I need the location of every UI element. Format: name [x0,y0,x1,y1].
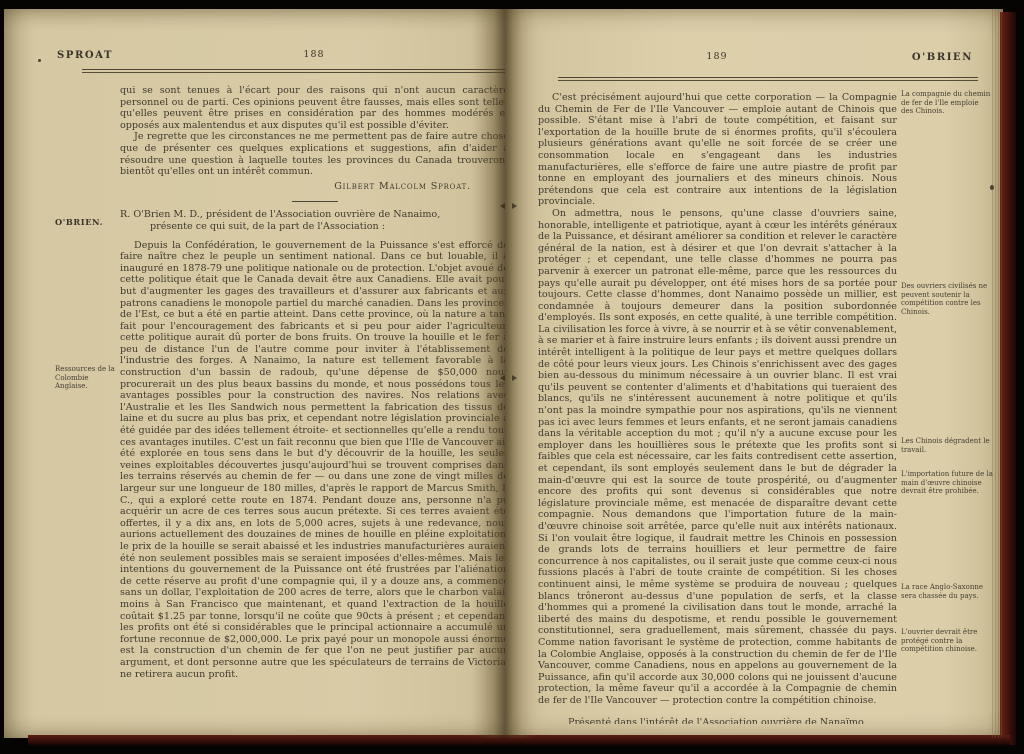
book-spread: SPROAT 188 O'BRIEN. Ressources de la Col… [4,9,1003,738]
page-number-right: 189 [538,51,896,62]
obrien-paragraph-2: On admettra, nous le pensons, qu'une cla… [538,208,897,707]
margin-note-1: La compagnie du chemin de fer de l'Ile e… [901,90,993,116]
book-cover-edge-right [1000,12,1016,745]
margin-note-resources: Ressources de la Colombie Anglaise. [55,365,123,391]
running-header-left: SPROAT [57,50,113,61]
page-number-left: 188 [120,49,505,60]
margin-note-5: La race Anglo-Saxonne sera chassée du pa… [901,583,993,600]
closing-line: Présenté dans l'intérêt de l'Association… [538,717,897,724]
left-text-column: qui se sont tenues à l'écart pour des ra… [120,82,505,722]
binding-mark [500,375,505,381]
book-cover-edge-bottom [28,735,1010,746]
binding-mark [512,375,517,381]
obrien-intro-line1: R. O'Brien M. D., président de l'Associa… [120,209,505,221]
binding-mark [512,203,517,209]
binding-mark [500,203,505,209]
margin-section-label: O'BRIEN. [55,217,103,227]
dust-speck [990,185,994,190]
book-scan: SPROAT 188 O'BRIEN. Ressources de la Col… [0,0,1024,754]
page-right: 189 O'BRIEN C'est précisément aujourd'hu… [505,9,1003,738]
margin-note-6: L'ouvrier devrait être protégé contre la… [901,628,993,654]
sproat-signature: Gilbert Malcolm Sproat. [120,181,505,193]
obrien-paragraph-1: C'est précisément aujourd'hui que cette … [538,92,897,208]
running-header-right: O'BRIEN [912,52,973,63]
sproat-paragraph-continuation: qui se sont tenues à l'écart pour des ra… [120,85,505,131]
page-left: SPROAT 188 O'BRIEN. Ressources de la Col… [4,9,505,738]
obrien-statement: Depuis la Confédération, le gouvernement… [120,240,505,681]
right-text-column: C'est précisément aujourd'hui que cette … [538,88,897,724]
header-rule-left [82,69,505,73]
margin-note-4: L'importation future de la main d'œuvre … [901,470,993,496]
obrien-intro-line2: présente ce qui suit, de la part de l'As… [150,221,505,233]
margin-note-3: Les Chinois dégradent le travail. [901,437,993,454]
dust-speck [38,59,41,62]
section-divider-rule [292,201,338,202]
sproat-paragraph-2: Je regrette que les circonstances ne me … [120,131,505,177]
header-rule-right [558,77,978,81]
margin-note-2: Des ouvriers civilisés ne peuvent souten… [901,282,993,316]
